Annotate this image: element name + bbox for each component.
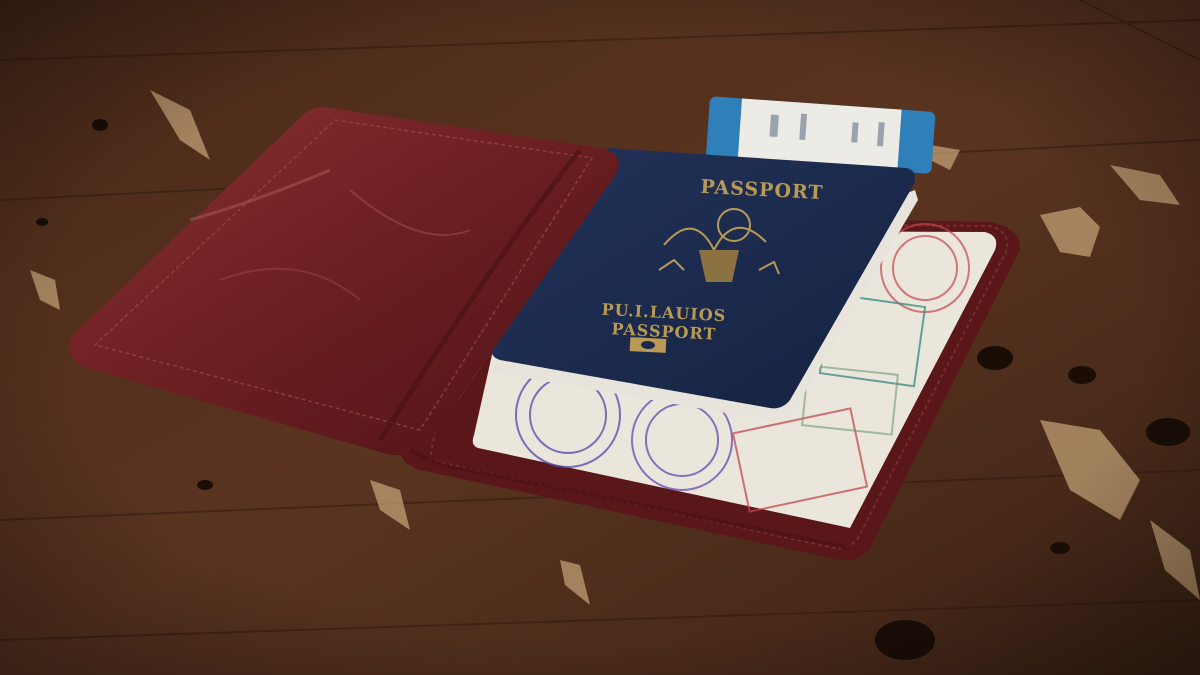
vignette-overlay: [0, 0, 1200, 675]
photo-scene: PASSPORT PU.I.LAUIOS PASSPORT: [0, 0, 1200, 675]
